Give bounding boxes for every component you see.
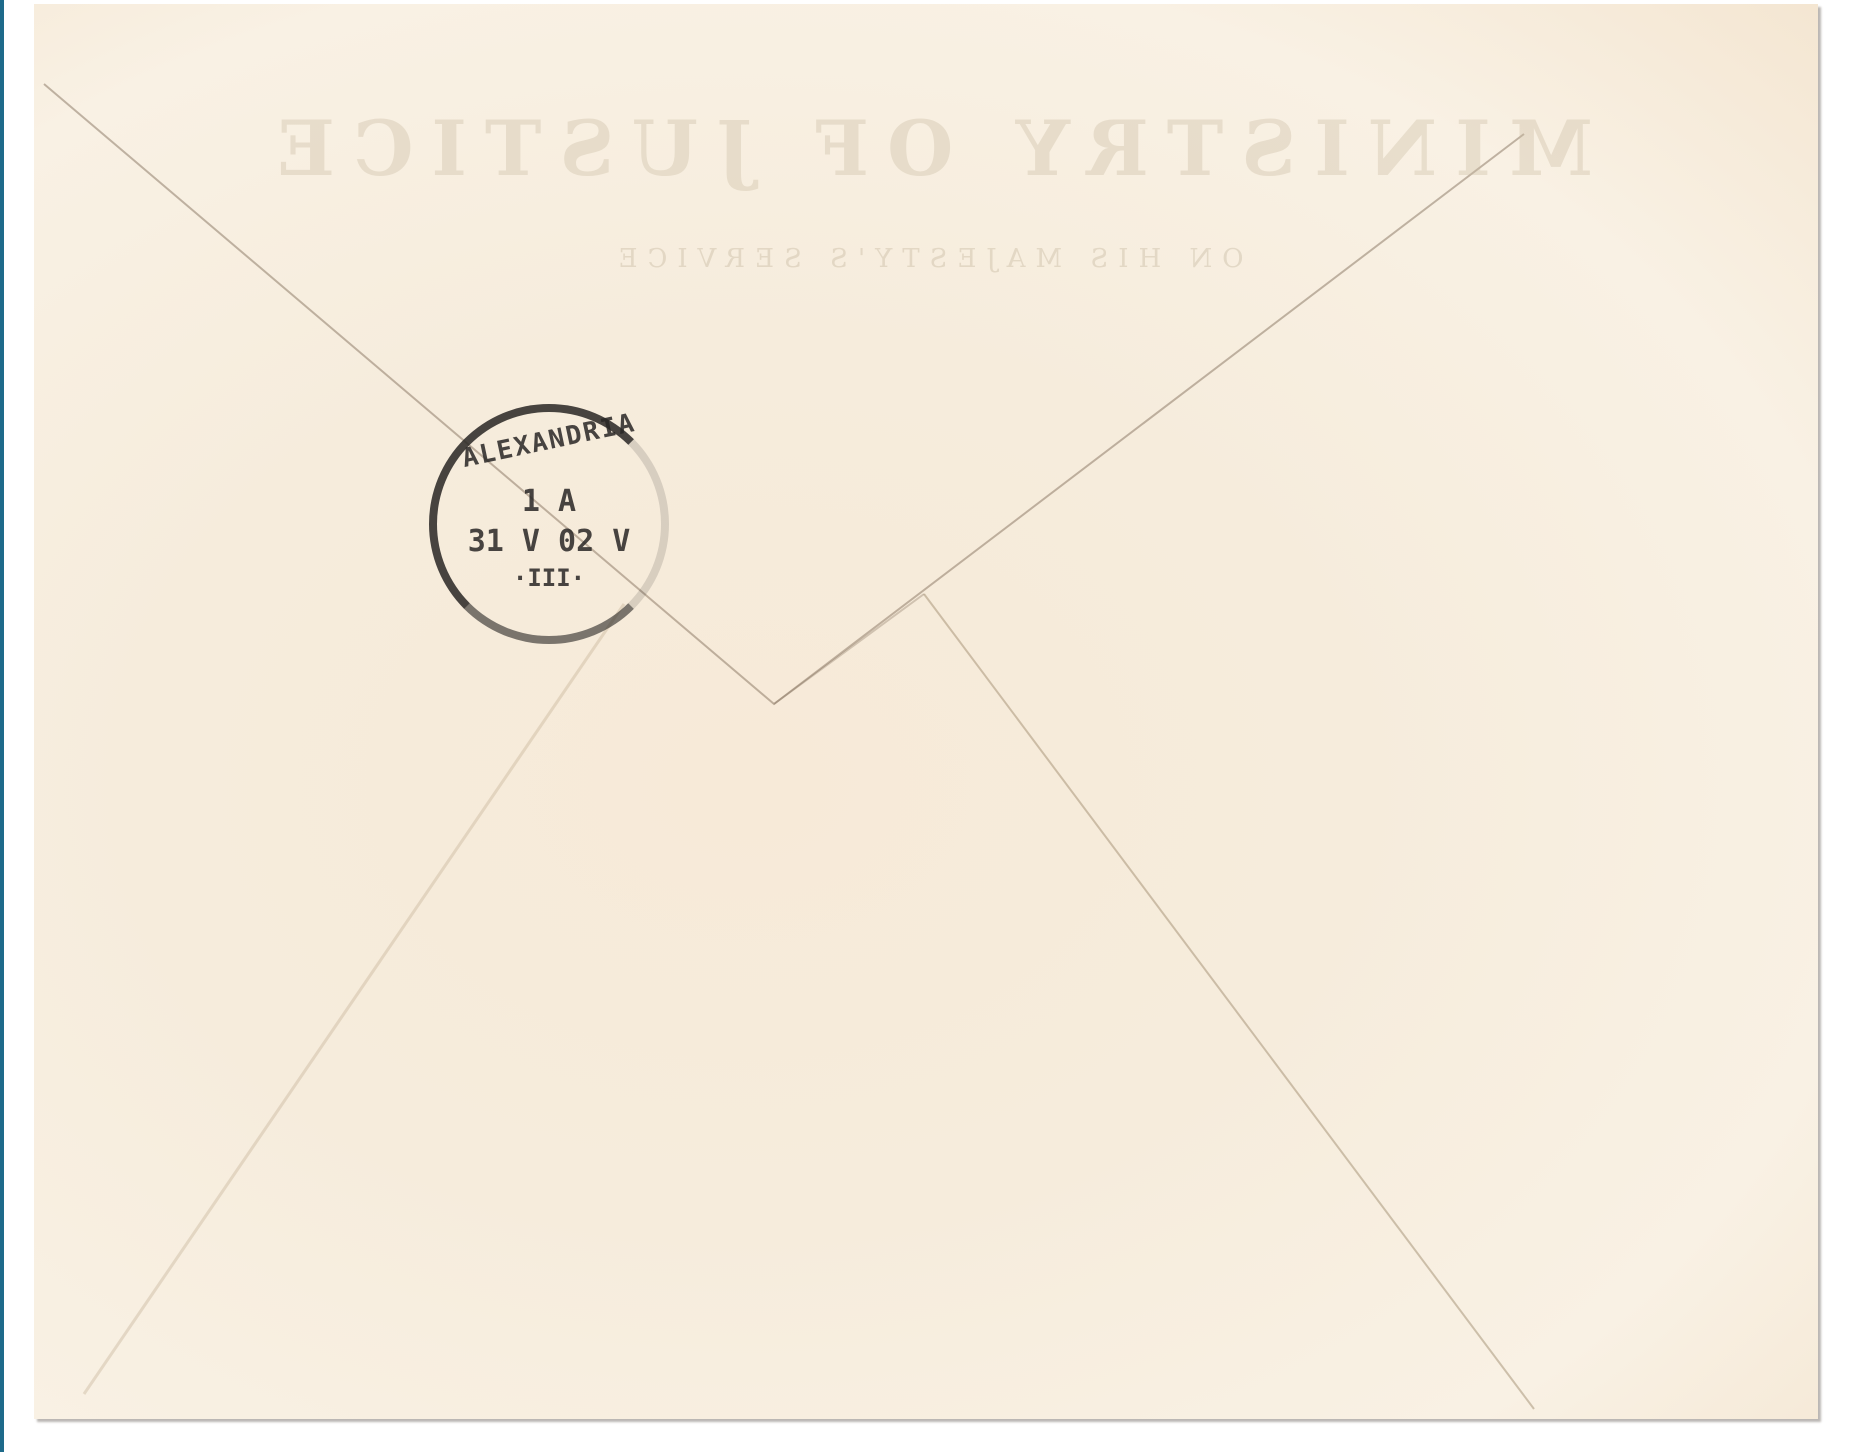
scan-edge xyxy=(0,0,4,1452)
envelope-back: MINISTRY OF JUSTICE ON HIS MAJESTY'S SER… xyxy=(34,4,1818,1419)
postmark-date: 31 V 02 V xyxy=(429,524,669,559)
postmark: ALEXANDRIA 1 A 31 V 02 V ·III· xyxy=(429,404,669,644)
postmark-line-1: 1 A xyxy=(429,484,669,519)
postmark-line-3: ·III· xyxy=(429,564,669,592)
showthrough-heading: MINISTRY OF JUSTICE xyxy=(34,104,1818,193)
showthrough-subheading: ON HIS MAJESTY'S SERVICE xyxy=(34,244,1818,274)
envelope-flap-lines xyxy=(34,4,1818,1419)
